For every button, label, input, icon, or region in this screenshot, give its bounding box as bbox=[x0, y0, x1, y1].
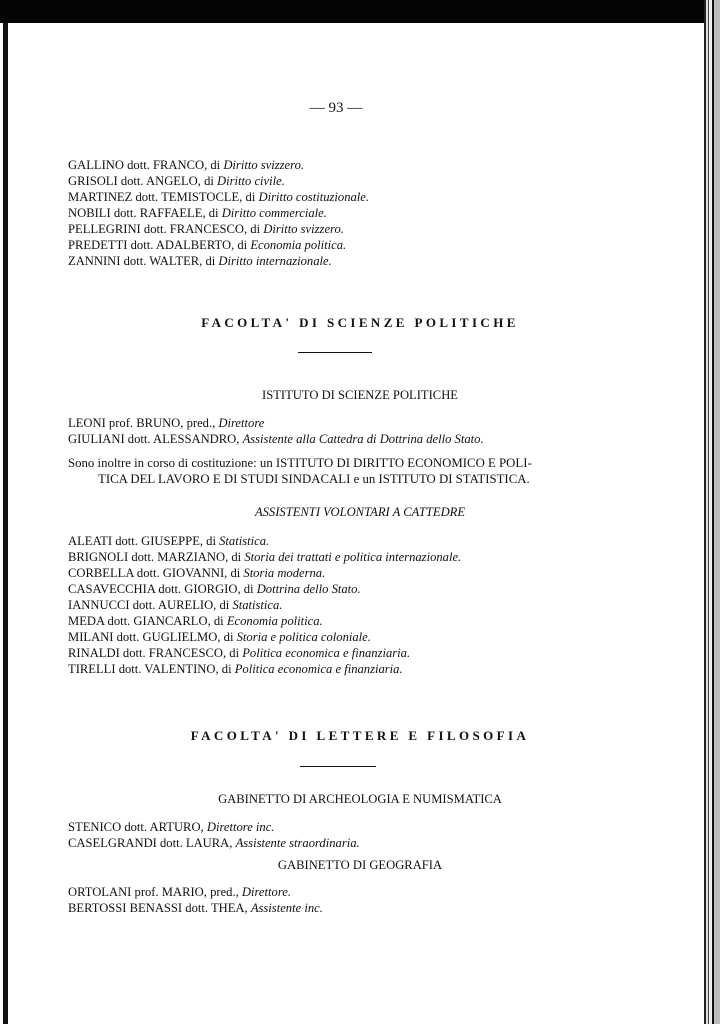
list-item: ZANNINI dott. WALTER, di Diritto interna… bbox=[68, 253, 332, 269]
list-item: NOBILI dott. RAFFAELE, di Diritto commer… bbox=[68, 205, 327, 221]
geography-heading: GABINETTO DI GEOGRAFIA bbox=[60, 858, 660, 873]
faculty-heading-letters-philosophy: FACOLTA' DI LETTERE E FILOSOFIA bbox=[60, 728, 660, 744]
page-number: — 93 — bbox=[0, 100, 672, 117]
list-item: IANNUCCI dott. AURELIO, di Statistica. bbox=[68, 597, 282, 613]
list-item: GALLINO dott. FRANCO, di Diritto svizzer… bbox=[68, 157, 304, 173]
section-rule bbox=[300, 766, 376, 767]
list-item: PELLEGRINI dott. FRANCESCO, di Diritto s… bbox=[68, 221, 344, 237]
list-item: CASAVECCHIA dott. GIORGIO, di Dottrina d… bbox=[68, 581, 361, 597]
note-paragraph: Sono inoltre in corso di costituzione: u… bbox=[68, 455, 532, 487]
list-item: BRIGNOLI dott. MARZIANO, di Storia dei t… bbox=[68, 549, 461, 565]
staff-entry: LEONI prof. BRUNO, pred., Direttore bbox=[68, 415, 264, 431]
faculty-heading-political-sciences: FACOLTA' DI SCIENZE POLITICHE bbox=[60, 315, 660, 331]
staff-entry: GIULIANI dott. ALESSANDRO, Assistente al… bbox=[68, 431, 484, 447]
staff-entry: CASELGRANDI dott. LAURA, Assistente stra… bbox=[68, 835, 360, 851]
list-item: RINALDI dott. FRANCESCO, di Politica eco… bbox=[68, 645, 410, 661]
list-item: MARTINEZ dott. TEMISTOCLE, di Diritto co… bbox=[68, 189, 369, 205]
list-item: CORBELLA dott. GIOVANNI, di Storia moder… bbox=[68, 565, 325, 581]
list-item: GRISOLI dott. ANGELO, di Diritto civile. bbox=[68, 173, 285, 189]
archaeology-heading: GABINETTO DI ARCHEOLOGIA E NUMISMATICA bbox=[60, 792, 660, 807]
institute-heading: ISTITUTO DI SCIENZE POLITICHE bbox=[60, 388, 660, 403]
list-item: TIRELLI dott. VALENTINO, di Politica eco… bbox=[68, 661, 403, 677]
list-item: ALEATI dott. GIUSEPPE, di Statistica. bbox=[68, 533, 269, 549]
list-item: PREDETTI dott. ADALBERTO, di Economia po… bbox=[68, 237, 346, 253]
staff-entry: BERTOSSI BENASSI dott. THEA, Assistente … bbox=[68, 900, 323, 916]
staff-entry: STENICO dott. ARTURO, Direttore inc. bbox=[68, 819, 274, 835]
list-item: MILANI dott. GUGLIELMO, di Storia e poli… bbox=[68, 629, 371, 645]
section-rule bbox=[298, 352, 372, 353]
document-page: — 93 — GALLINO dott. FRANCO, di Diritto … bbox=[0, 0, 720, 1024]
list-item: MEDA dott. GIANCARLO, di Economia politi… bbox=[68, 613, 323, 629]
staff-entry: ORTOLANI prof. MARIO, pred., Direttore. bbox=[68, 884, 291, 900]
volunteers-heading: ASSISTENTI VOLONTARI A CATTEDRE bbox=[60, 505, 660, 520]
